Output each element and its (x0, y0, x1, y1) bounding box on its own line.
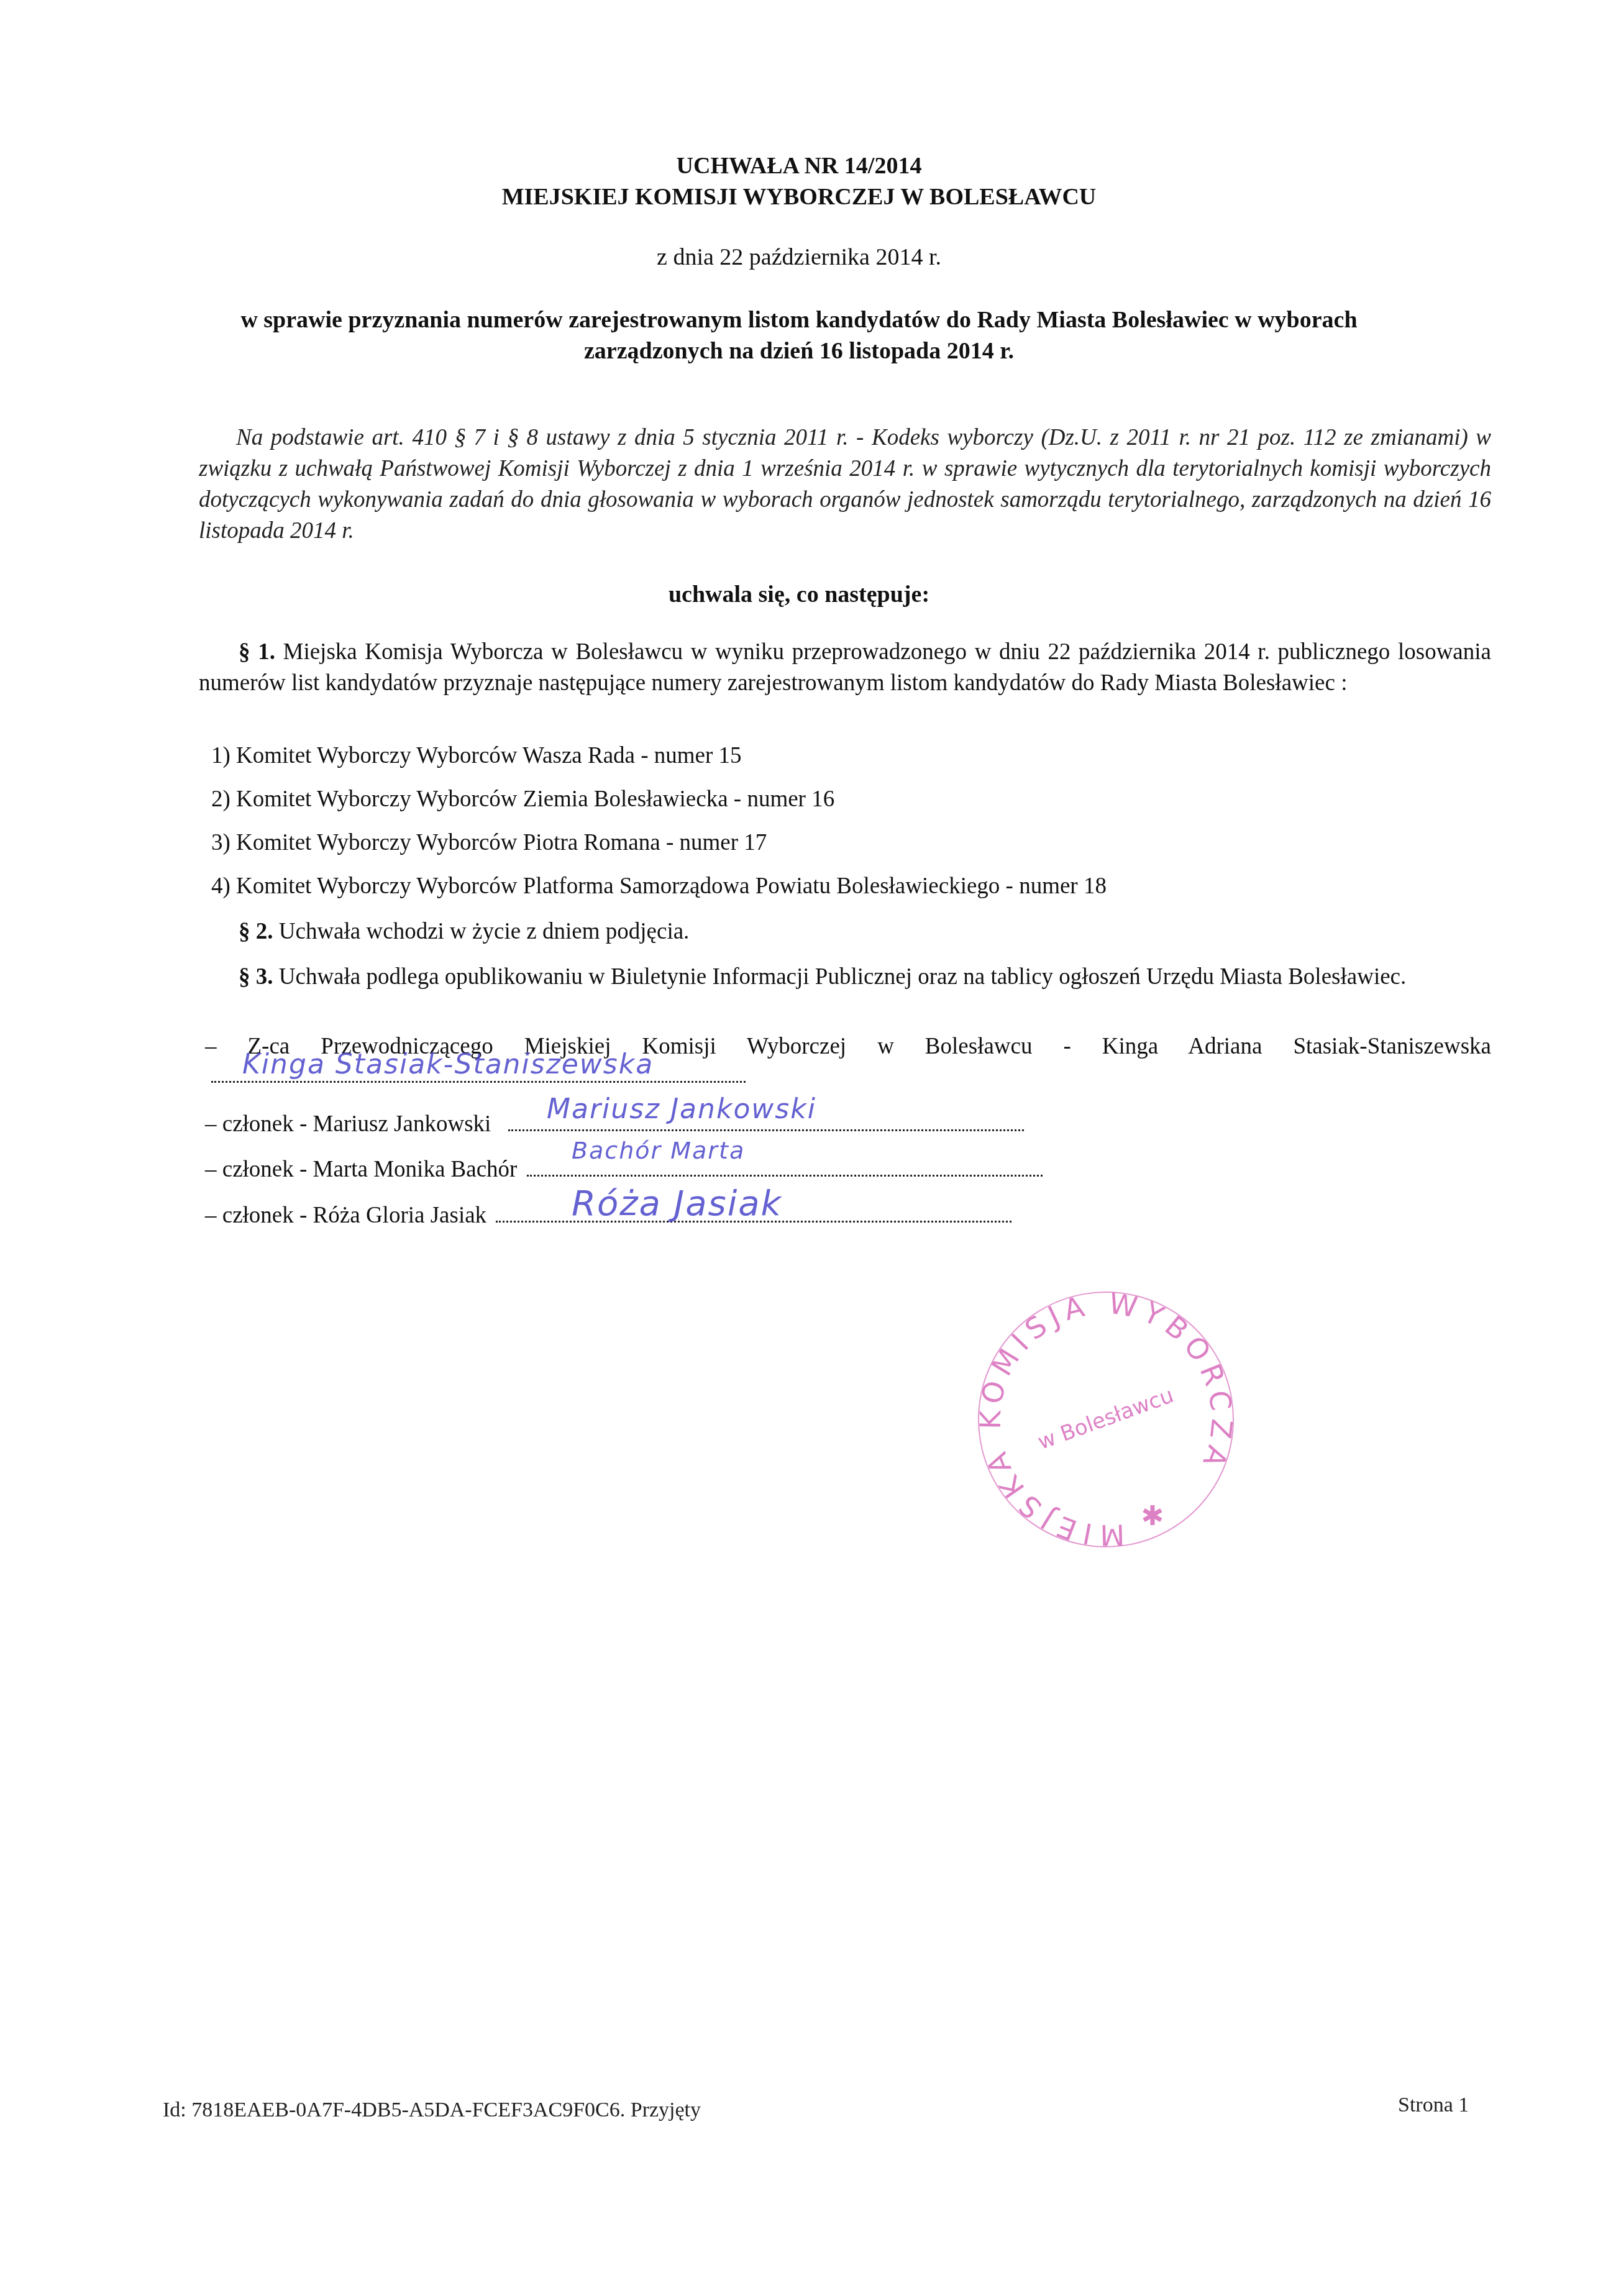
list-item: 3) Komitet Wyborczy Wyborców Piotra Roma… (211, 829, 767, 856)
signature-member-1: Mariusz Jankowski (547, 1093, 816, 1125)
member-1-name: – członek - Mariusz Jankowski (205, 1111, 491, 1137)
list-item: 4) Komitet Wyborczy Wyborców Platforma S… (211, 873, 1107, 900)
section-1-mark: § 1. (239, 639, 275, 665)
legal-basis-preamble: Na podstawie art. 410 § 7 i § 8 ustawy z… (199, 422, 1491, 547)
subject-line-1: w sprawie przyznania numerów zarejestrow… (0, 304, 1598, 335)
official-stamp: MIEJSKA KOMISJA WYBORCZA w Bolesławcu ✱ (975, 1289, 1236, 1550)
section-1-text: Miejska Komisja Wyborcza w Bolesławcu w … (199, 639, 1491, 696)
commission-name: MIEJSKIEJ KOMISJI WYBORCZEJ W BOLESŁAWCU (0, 181, 1598, 212)
document-id: Id: 7818EAEB-0A7F-4DB5-A5DA-FCEF3AC9F0C6… (163, 2098, 701, 2122)
section-3: § 3. Uchwała podlega opublikowaniu w Biu… (199, 962, 1491, 993)
signature-chair: Kinga Stasiak-Staniszewska (242, 1049, 654, 1080)
signature-member-2: Bachór Marta (572, 1137, 745, 1164)
list-item: 2) Komitet Wyborczy Wyborców Ziemia Bole… (211, 786, 834, 813)
member-3-name: – członek - Róża Gloria Jasiak (205, 1203, 486, 1228)
section-2: § 2. Uchwała wchodzi w życie z dniem pod… (199, 916, 1491, 947)
section-3-text: Uchwała podlega opublikowaniu w Biuletyn… (279, 964, 1407, 990)
stamp-inner-text: w Bolesławcu (1034, 1383, 1177, 1455)
signature-member-3: Róża Jasiak (572, 1183, 782, 1224)
member-2-name: – członek - Marta Monika Bachór (205, 1157, 517, 1182)
section-1: § 1. Miejska Komisja Wyborcza w Bolesław… (199, 637, 1491, 699)
resolution-number: UCHWAŁA NR 14/2014 (0, 150, 1598, 181)
section-2-text: Uchwała wchodzi w życie z dniem podjęcia… (279, 919, 690, 944)
decree-heading: uchwala się, co następuje: (0, 581, 1598, 608)
resolution-date: z dnia 22 października 2014 r. (0, 244, 1598, 271)
subject-line-2: zarządzonych na dzień 16 listopada 2014 … (0, 335, 1598, 367)
list-item: 1) Komitet Wyborczy Wyborców Wasza Rada … (211, 742, 742, 769)
stamp-star-icon: ✱ (1141, 1500, 1164, 1532)
section-3-mark: § 3. (239, 964, 273, 990)
page-number: Strona 1 (1398, 2093, 1469, 2117)
section-2-mark: § 2. (239, 919, 273, 944)
